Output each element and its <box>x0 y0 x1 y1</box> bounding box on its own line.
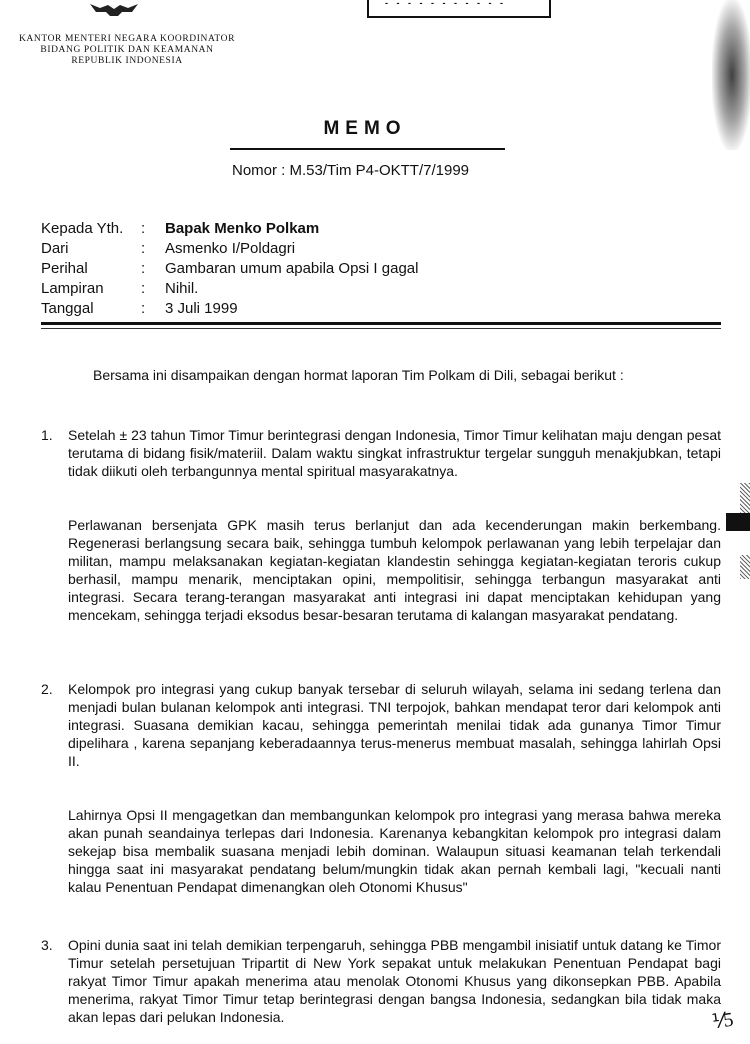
header-divider-thin <box>41 328 721 329</box>
memo-header-fields: Kepada Yth. : Bapak Menko Polkam Dari : … <box>41 219 418 319</box>
scan-edge-speckle <box>740 483 750 513</box>
stamp-text: - - - - - - - - - - - <box>385 0 506 8</box>
item-number: 3. <box>41 936 53 954</box>
field-label: Tanggal <box>41 299 141 319</box>
memo-title: MEMO <box>0 118 730 140</box>
field-lampiran: Lampiran : Nihil. <box>41 279 418 299</box>
intro-text: Bersama ini disampaikan dengan hormat la… <box>41 366 721 384</box>
list-item-1: 1. Setelah ± 23 tahun Timor Timur berint… <box>41 426 721 480</box>
list-item-2: 2. Kelompok pro integrasi yang cukup ban… <box>41 680 721 770</box>
field-colon: : <box>141 259 165 279</box>
item-paragraph: Opini dunia saat ini telah demikian terp… <box>68 936 721 1026</box>
field-colon: : <box>141 299 165 319</box>
field-label: Lampiran <box>41 279 141 299</box>
item-2-paragraph-2: Lahirnya Opsi II mengagetkan dan membang… <box>68 806 721 896</box>
field-dari: Dari : Asmenko I/Poldagri <box>41 239 418 259</box>
letterhead-line-2: BIDANG POLITIK DAN KEAMANAN <box>2 45 252 56</box>
header-divider <box>41 322 721 325</box>
field-colon: : <box>141 239 165 259</box>
list-item-3: 3. Opini dunia saat ini telah demikian t… <box>41 936 721 1026</box>
garuda-emblem-icon <box>88 0 140 16</box>
field-value: Asmenko I/Poldagri <box>165 239 295 259</box>
item-number: 1. <box>41 426 53 444</box>
title-underline <box>230 148 505 150</box>
field-tanggal: Tanggal : 3 Juli 1999 <box>41 299 418 319</box>
scan-edge-speckle <box>740 555 750 579</box>
item-number: 2. <box>41 680 53 698</box>
letterhead: KANTOR MENTERI NEGARA KOORDINATOR BIDANG… <box>2 34 252 67</box>
field-label: Perihal <box>41 259 141 279</box>
field-label: Kepada Yth. <box>41 219 141 239</box>
letterhead-line-3: REPUBLIK INDONESIA <box>2 56 252 67</box>
field-label: Dari <box>41 239 141 259</box>
page-number-mark: ⅟5 <box>710 1007 735 1035</box>
memo-number: Nomor : M.53/Tim P4-OKTT/7/1999 <box>232 162 469 179</box>
scan-edge-mark <box>726 513 750 531</box>
field-value: Gambaran umum apabila Opsi I gagal <box>165 259 418 279</box>
letterhead-line-1: KANTOR MENTERI NEGARA KOORDINATOR <box>2 34 252 45</box>
intro-paragraph: Bersama ini disampaikan dengan hormat la… <box>41 366 721 384</box>
item-1-paragraph-2: Perlawanan bersenjata GPK masih terus be… <box>68 516 721 624</box>
stamp-box: - - - - - - - - - - - <box>367 0 551 18</box>
item-paragraph: Setelah ± 23 tahun Timor Timur berintegr… <box>68 426 721 480</box>
field-value: Nihil. <box>165 279 198 299</box>
field-perihal: Perihal : Gambaran umum apabila Opsi I g… <box>41 259 418 279</box>
field-colon: : <box>141 219 165 239</box>
field-kepada: Kepada Yth. : Bapak Menko Polkam <box>41 219 418 239</box>
field-value: Bapak Menko Polkam <box>165 219 319 239</box>
field-value: 3 Juli 1999 <box>165 299 238 319</box>
field-colon: : <box>141 279 165 299</box>
item-paragraph: Kelompok pro integrasi yang cukup banyak… <box>68 680 721 770</box>
